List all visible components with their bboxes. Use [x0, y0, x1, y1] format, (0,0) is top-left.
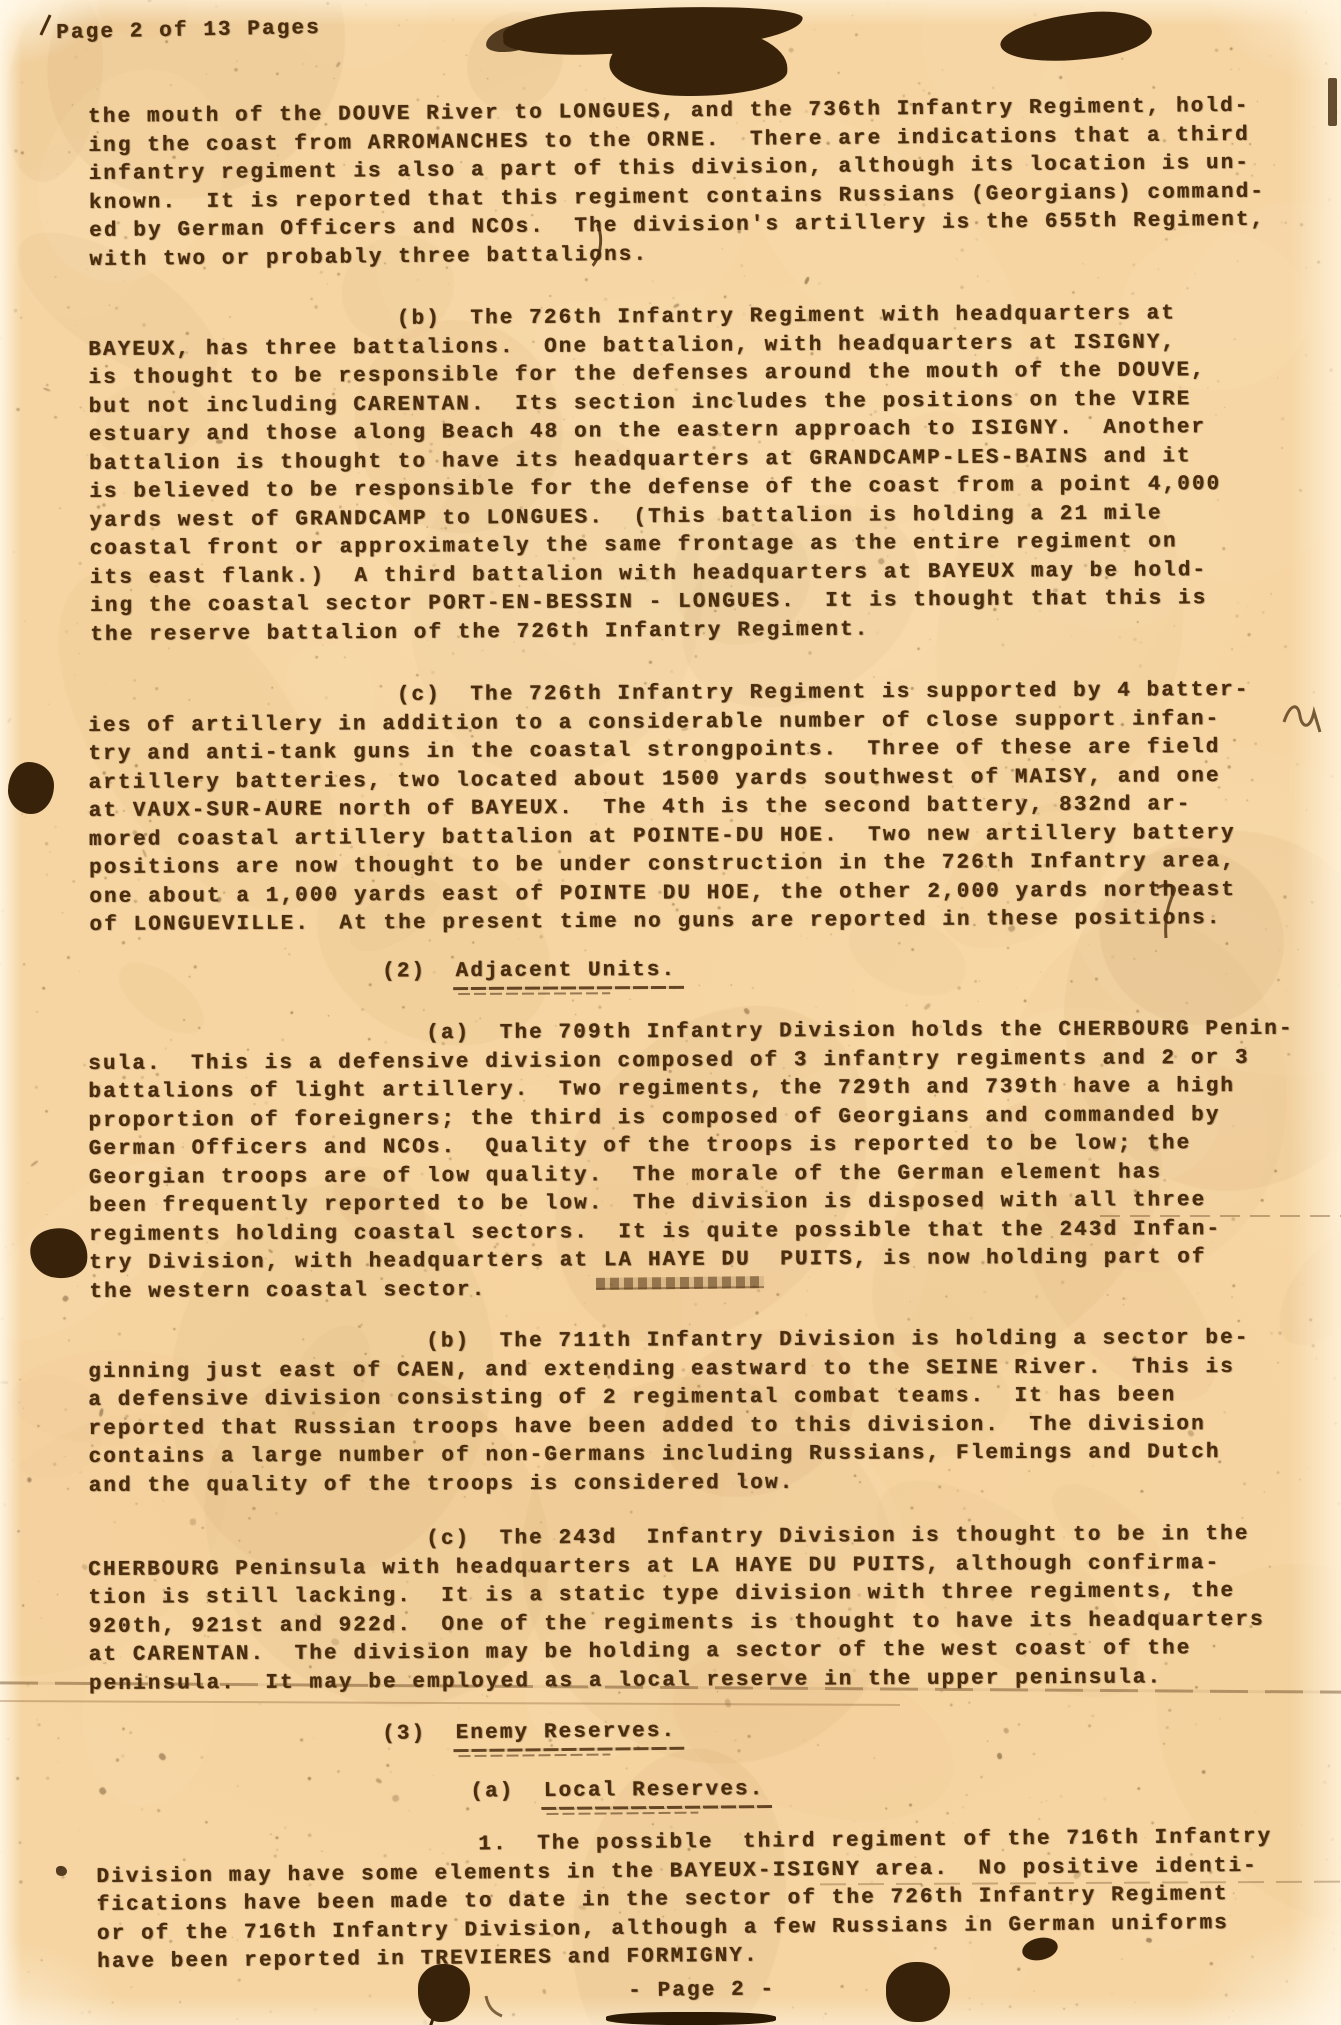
paragraph-1-local-reserves: 1. The possible third regiment of the 71… [96, 1824, 1273, 1978]
paragraph-c-243d-division: (c) The 243d Infantry Division is though… [88, 1521, 1265, 1699]
crease-dashes-right-1 [1100, 1215, 1341, 1217]
text-line: contains a large number of non-Germans i… [88, 1439, 1250, 1473]
ink-tick-right-edge [1328, 78, 1337, 126]
paragraph-c-artillery-support: (c) The 726th Infantry Regiment is suppo… [88, 677, 1251, 941]
heading-underlined-text: Adjacent Units. [456, 959, 677, 983]
document-page: Page 2 of 13 Pages the mouth of the DOUV… [0, 0, 1341, 2025]
subsection-heading-local-reserves: (a) Local Reserves. [88, 1776, 765, 1810]
pen-mark-seven [1152, 880, 1186, 944]
ink-speck-left-bottom [56, 1866, 67, 1876]
section-heading-enemy-reserves: (3) Enemy Reserves. [88, 1718, 676, 1753]
heading-underlined-text: Enemy Reserves. [456, 1720, 677, 1745]
paragraph-b-711th-division: (b) The 711th Infantry Division is holdi… [88, 1325, 1250, 1501]
overstrike-smudge [596, 1276, 764, 1290]
text-line: (b) The 711th Infantry Division is holdi… [88, 1325, 1250, 1359]
page-footer-label: - Page 2 - [628, 1976, 775, 2006]
pen-mark-squiggle [1280, 692, 1330, 738]
heading-line: (3) Enemy Reserves. [88, 1718, 676, 1753]
pen-mark-hook [478, 1992, 508, 2022]
ink-blob-bottom-2 [886, 1962, 950, 2022]
page-header-label: Page 2 of 13 Pages [56, 15, 321, 49]
ink-smear-bottom-edge [606, 2012, 776, 2025]
section-heading-adjacent-units: (2) Adjacent Units. [88, 957, 676, 989]
paragraph-b-726th-regiment: (b) The 726th Infantry Regiment with hea… [88, 300, 1222, 650]
heading-number: (a) [88, 1780, 544, 1807]
paragraph-a-709th-division: (a) The 709th Infantry Division holds th… [88, 1016, 1295, 1307]
paragraph-716-division-continued: the mouth of the DOUVE River to LONGUES,… [88, 93, 1266, 275]
heading-number: (3) [88, 1722, 456, 1749]
text-line: and the quality of the troops is conside… [89, 1467, 1251, 1501]
text-line: a defensive division consisting of 2 reg… [88, 1382, 1250, 1416]
heading-line: (2) Adjacent Units. [88, 957, 676, 989]
heading-line: (a) Local Reserves. [88, 1776, 765, 1810]
heading-number: (2) [88, 960, 456, 985]
heading-underlined-text: Local Reserves. [544, 1778, 765, 1803]
